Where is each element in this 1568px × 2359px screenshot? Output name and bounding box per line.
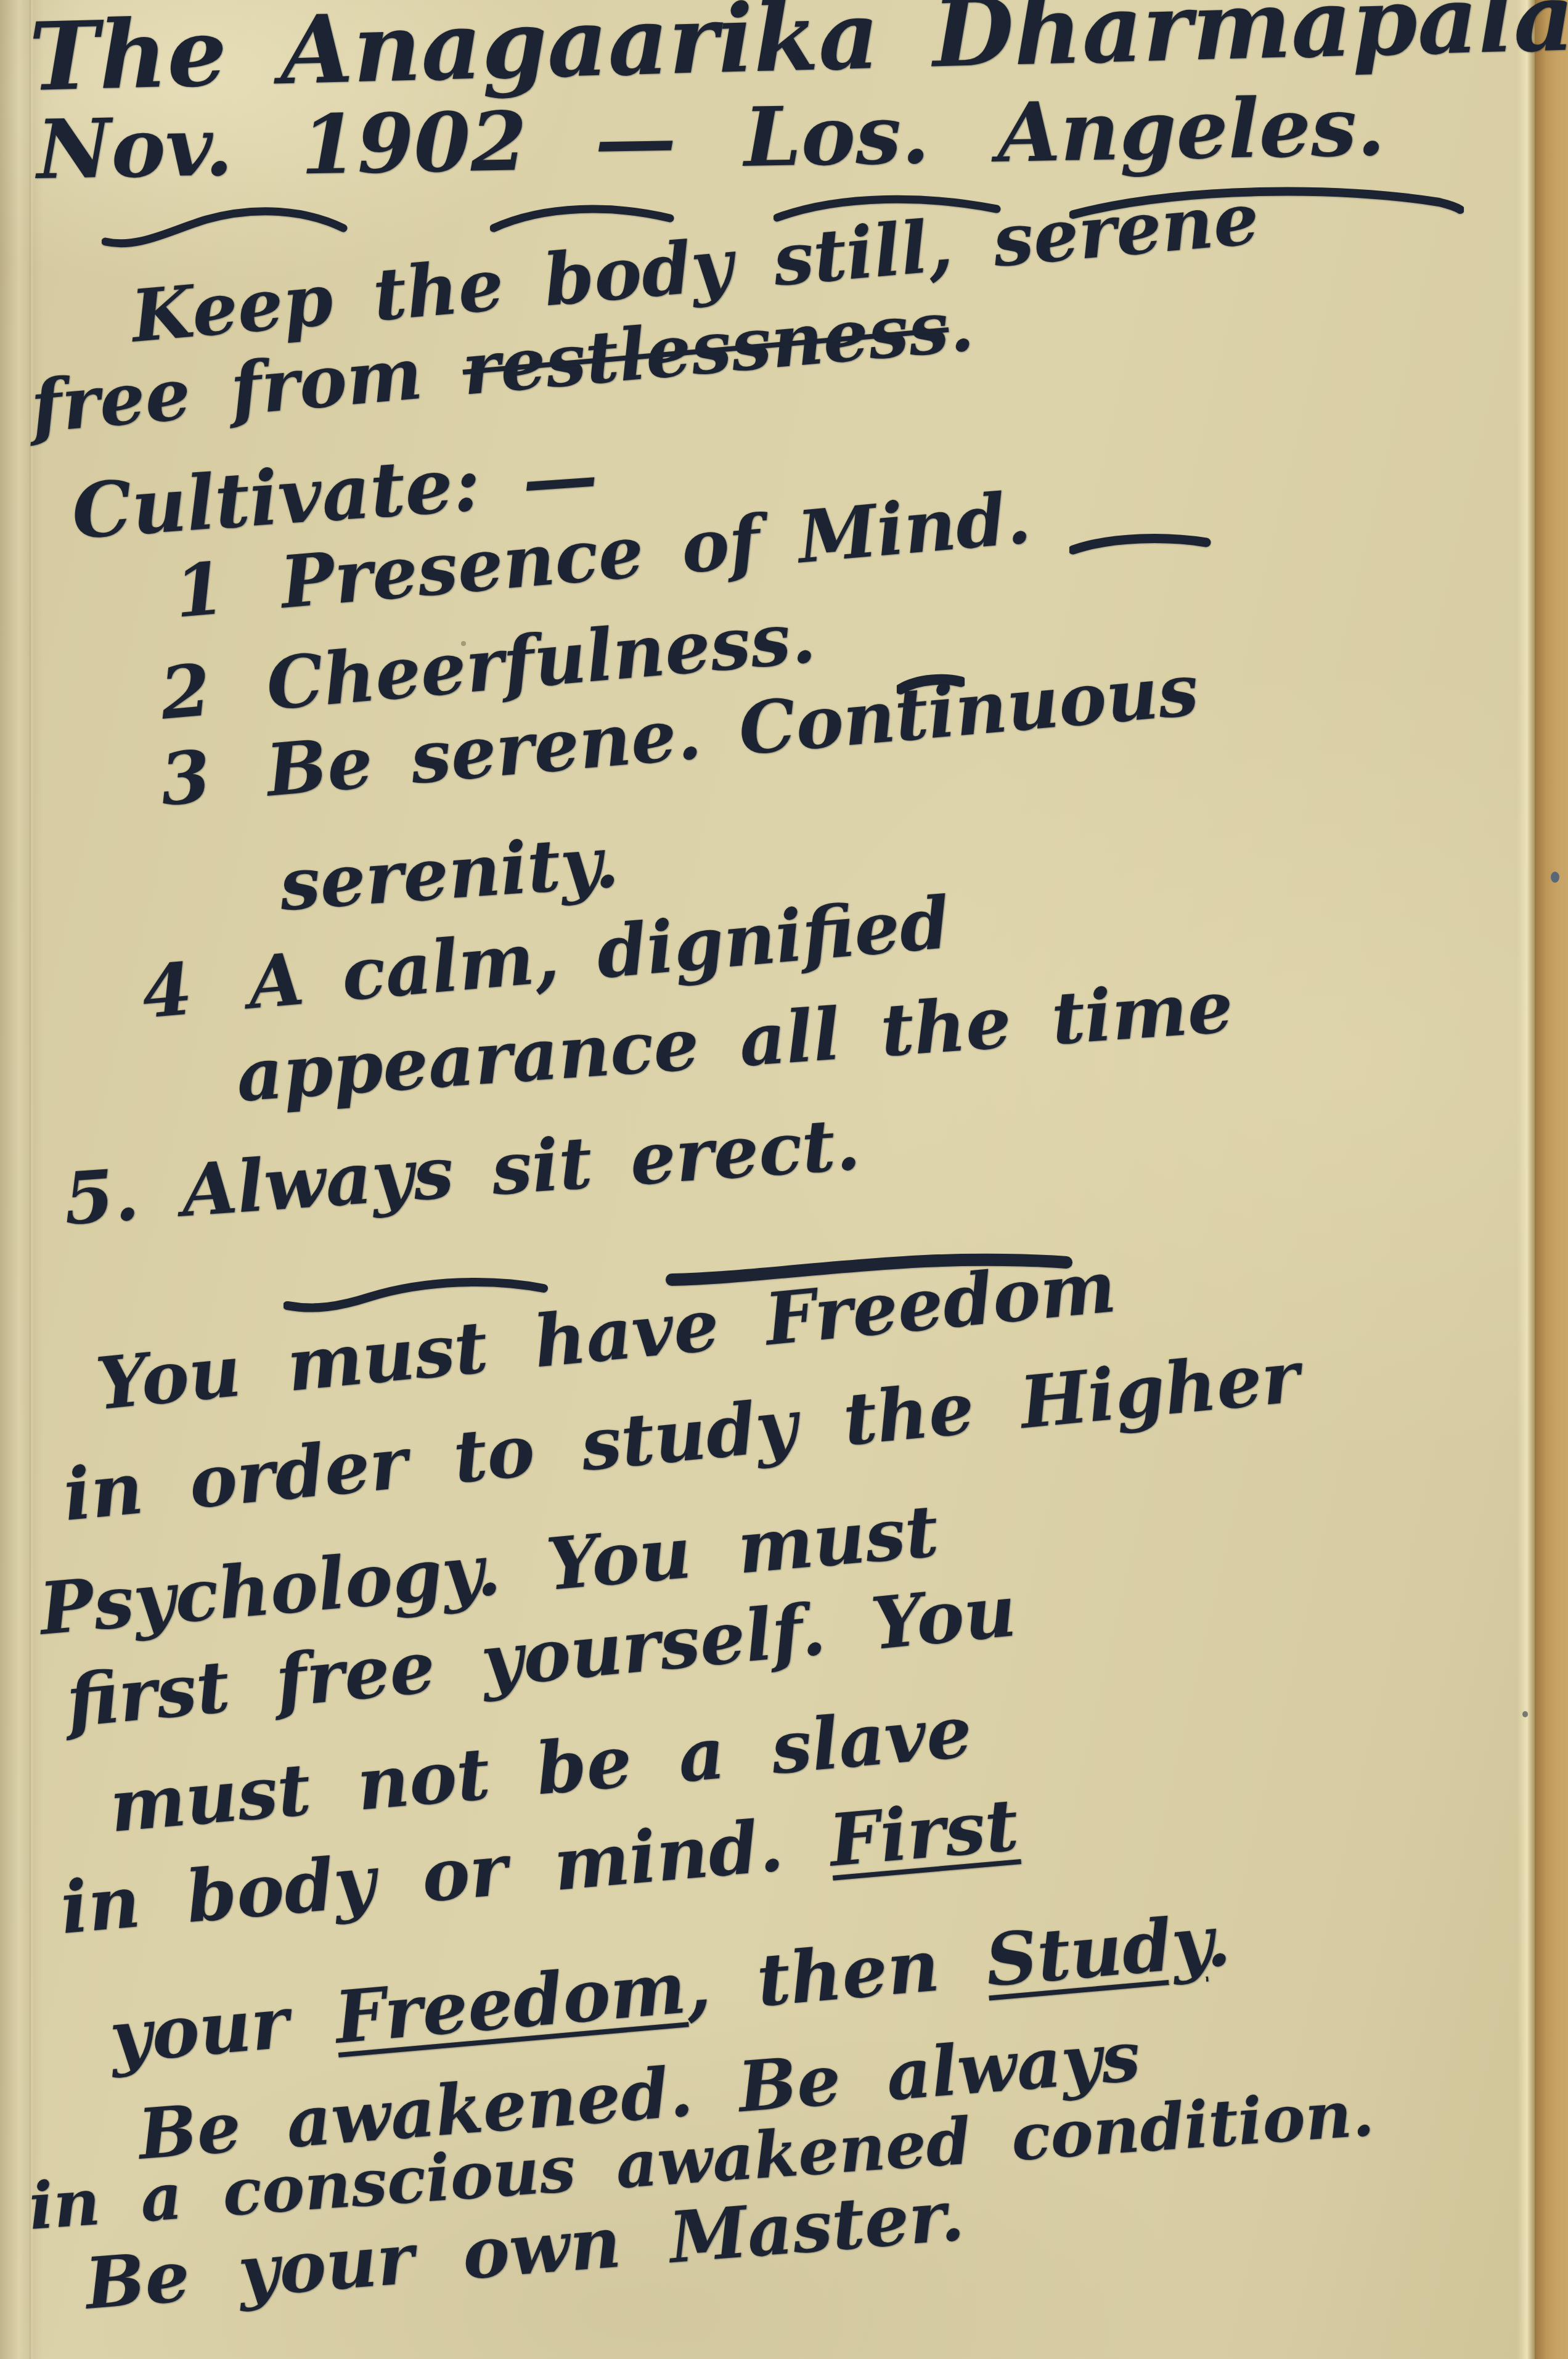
page-edge-backing-strip — [1535, 0, 1568, 2359]
list-item-3-continuation: serenity. — [277, 821, 621, 926]
underlined-word-first: First — [826, 1783, 1021, 1883]
underline-still-dash — [1069, 531, 1211, 557]
item-number: 1 — [171, 547, 228, 634]
underlined-word-study: Study — [982, 1900, 1209, 2003]
item-number: 3 — [157, 735, 214, 822]
page-torn-edge-highlight — [1517, 0, 1535, 2359]
page-left-edge-shading — [0, 0, 43, 2359]
ink-speck-2 — [1522, 1711, 1528, 1717]
item-text: Always sit erect. — [179, 1102, 863, 1233]
freedom-line-7-text2: , then — [682, 1919, 989, 2029]
page-crease-left — [30, 0, 33, 2359]
manuscript-page: The Anagaarika Dharmapala Nov. 1902 — Lo… — [0, 0, 1568, 2359]
header-flourish-1 — [102, 203, 348, 255]
opening-line-2-prefix: free from — [28, 328, 467, 449]
item-number: 5. — [61, 1154, 141, 1241]
item-number: 4 — [139, 948, 195, 1034]
list-item-5: 5.Always sit erect. — [61, 1103, 862, 1241]
ink-speck-3 — [461, 641, 466, 646]
item-number: 2 — [157, 649, 214, 735]
ink-speck-1 — [1551, 872, 1559, 883]
freedom-line-7-text1: your — [107, 1976, 339, 2079]
underlined-word-freedom: Freedom — [332, 1946, 689, 2060]
